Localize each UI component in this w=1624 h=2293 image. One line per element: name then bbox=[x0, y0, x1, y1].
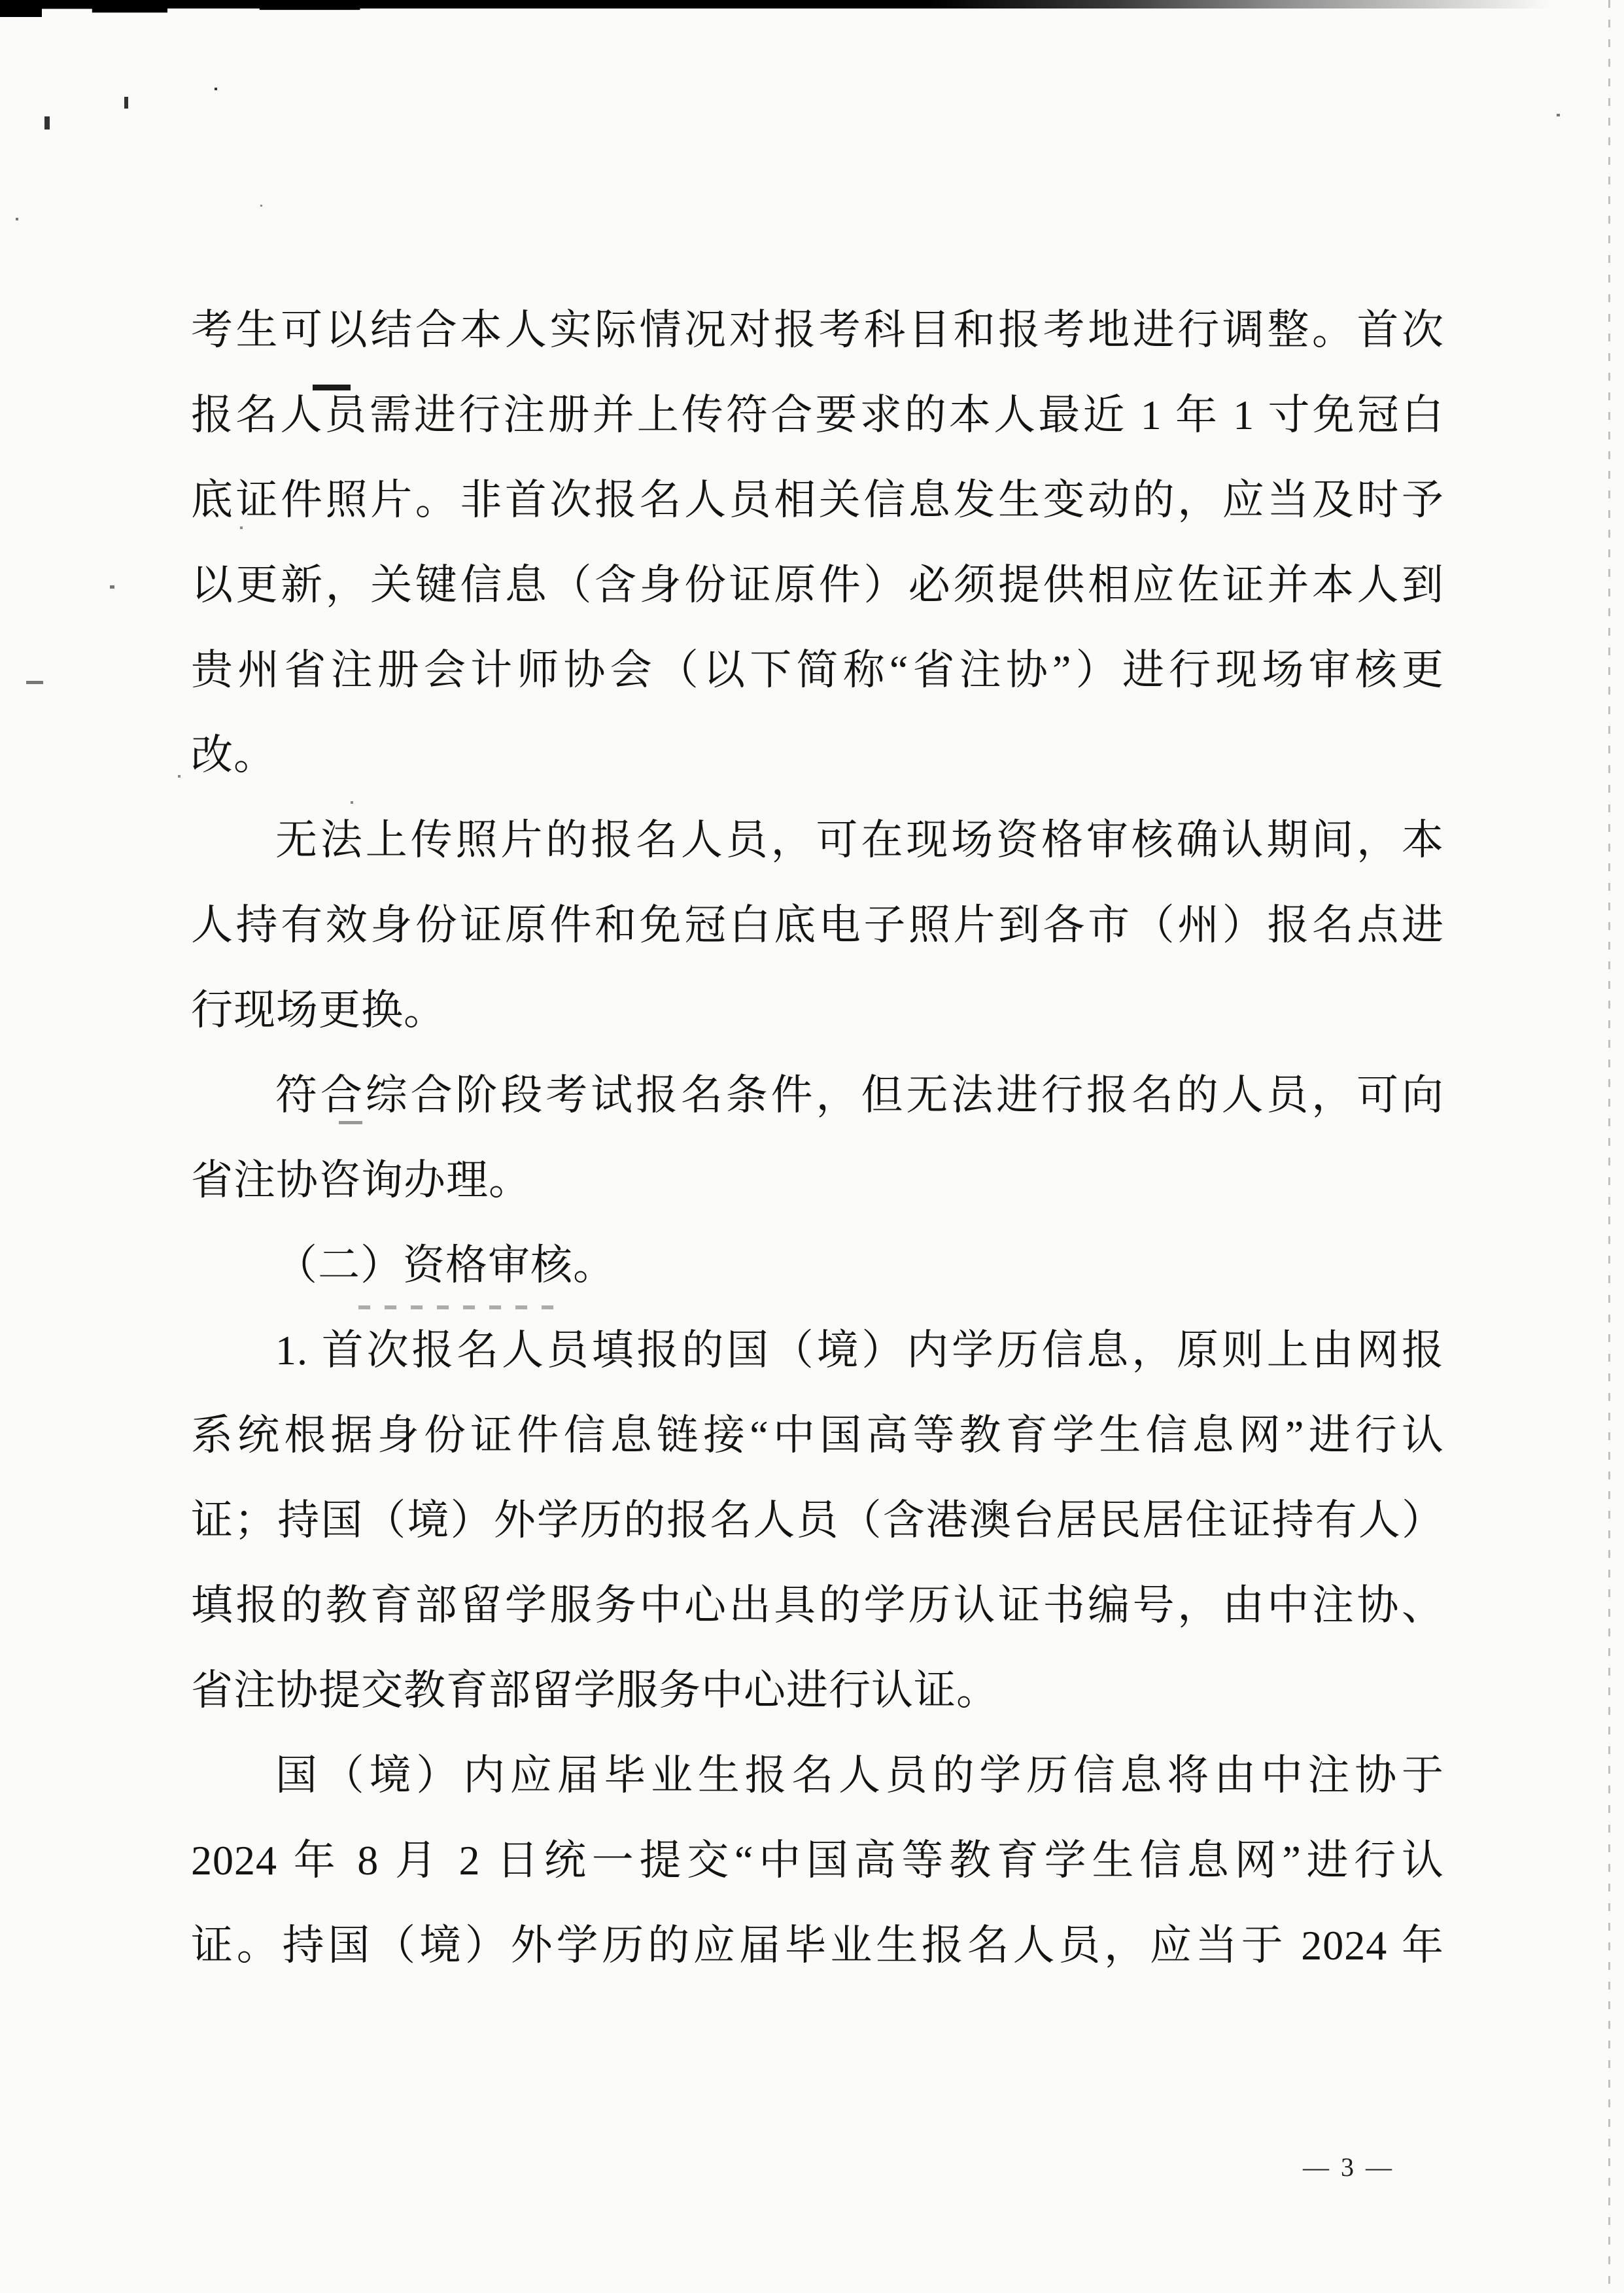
text-line: 省注协提交教育部留学服务中心进行认证。 bbox=[191, 1648, 1444, 1733]
text-line: 证；持国（境）外学历的报名人员（含港澳台居民居住证持有人） bbox=[191, 1478, 1444, 1563]
text-line: 行现场更换。 bbox=[191, 968, 1444, 1053]
page-number: — 3 — bbox=[1290, 2152, 1408, 2182]
text-line: 省注协咨询办理。 bbox=[191, 1138, 1444, 1223]
text-line: 2024 年 8 月 2 日统一提交“中国高等教育学生信息网”进行认 bbox=[191, 1818, 1444, 1903]
scan-speck bbox=[124, 97, 128, 109]
scan-speck bbox=[26, 681, 43, 684]
text-line paragraph-start: 无法上传照片的报名人员，可在现场资格审核确认期间，本 bbox=[191, 798, 1444, 883]
text-line: 证。持国（境）外学历的应届毕业生报名人员，应当于 2024 年 bbox=[191, 1903, 1444, 1988]
text-line section-heading: （二）资格审核。 bbox=[191, 1223, 1444, 1308]
scan-speck bbox=[110, 585, 114, 589]
scan-speck bbox=[215, 88, 217, 90]
scanned-page: 考生可以结合本人实际情况对报考科目和报考地进行调整。首次 报名人员需进行注册并上… bbox=[0, 0, 1624, 2293]
text-line: 报名人员需进行注册并上传符合要求的本人最近 1 年 1 寸免冠白 bbox=[191, 373, 1444, 458]
text-line: 改。 bbox=[191, 713, 1444, 798]
scan-speck bbox=[16, 218, 18, 220]
scan-speck bbox=[44, 116, 50, 129]
text-line: 以更新，关键信息（含身份证原件）必须提供相应佐证并本人到 bbox=[191, 543, 1444, 628]
scan-speck bbox=[260, 205, 262, 207]
text-line: 贵州省注册会计师协会（以下简称“省注协”）进行现场审核更 bbox=[191, 628, 1444, 713]
text-line: 人持有效身份证原件和免冠白底电子照片到各市（州）报名点进 bbox=[191, 883, 1444, 968]
text-line: 系统根据身份证件信息链接“中国高等教育学生信息网”进行认 bbox=[191, 1393, 1444, 1478]
text-line paragraph-start: 符合综合阶段考试报名条件，但无法进行报名的人员，可向 bbox=[191, 1053, 1444, 1138]
scan-speck bbox=[178, 775, 181, 778]
text-line: 填报的教育部留学服务中心出具的学历认证书编号，由中注协、 bbox=[191, 1563, 1444, 1648]
text-line: 底证件照片。非首次报名人员相关信息发生变动的，应当及时予 bbox=[191, 458, 1444, 543]
text-line: 考生可以结合本人实际情况对报考科目和报考地进行调整。首次 bbox=[191, 288, 1444, 373]
scan-speck bbox=[1557, 114, 1560, 116]
scan-artifact-right-edge bbox=[1608, 0, 1610, 2293]
document-body: 考生可以结合本人实际情况对报考科目和报考地进行调整。首次 报名人员需进行注册并上… bbox=[191, 288, 1444, 1988]
text-line paragraph-start: 国（境）内应届毕业生报名人员的学历信息将由中注协于 bbox=[191, 1733, 1444, 1818]
text-line paragraph-start: 1. 首次报名人员填报的国（境）内学历信息，原则上由网报 bbox=[191, 1308, 1444, 1393]
scan-artifact-top-corner bbox=[0, 0, 419, 17]
